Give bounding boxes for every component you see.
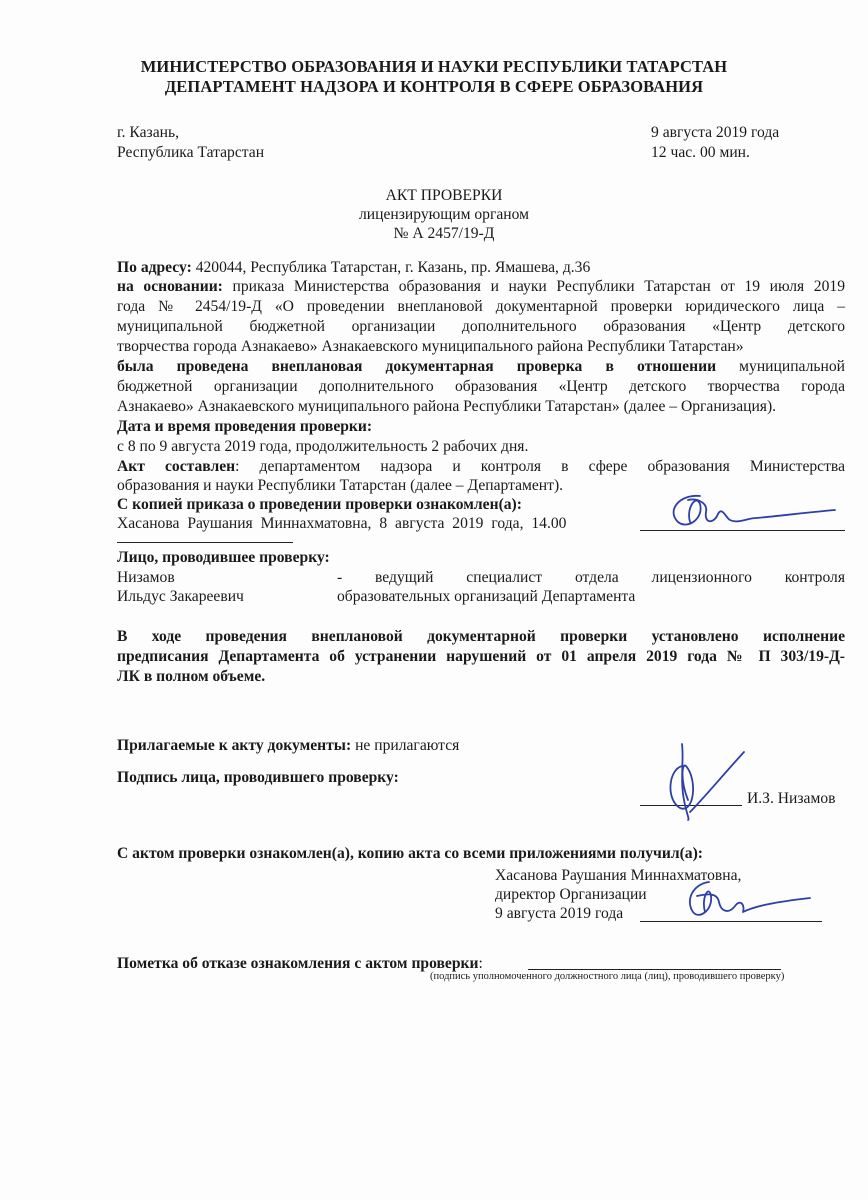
inspector-surname: Низамов [117, 569, 175, 587]
dates-label: Дата и время проведения проверки: [117, 418, 372, 436]
conducted-line-3: Азнакаево» Азнакаевского муниципального … [117, 398, 776, 416]
address-value: 420044, Республика Татарстан, г. Казань,… [192, 259, 590, 276]
composed-line-1: Акт составлен: департаментом надзора и к… [117, 458, 845, 476]
order-copy-label: С копией приказа о проведении проверки о… [117, 496, 522, 514]
recipient-date: 9 августа 2019 года [495, 905, 623, 923]
basis-line-3: муниципальной бюджетной организации допо… [117, 318, 845, 336]
department-header: ДЕПАРТАМЕНТ НАДЗОРА И КОНТРОЛЯ В СФЕРЕ О… [0, 77, 868, 97]
refusal-signature-line [528, 969, 781, 970]
basis-line-2: года № 2454/19-Д «О проведении внепланов… [117, 298, 845, 316]
refusal-caption: (подпись уполномоченного должностного ли… [430, 971, 784, 982]
signature-icon [675, 876, 815, 926]
basis-label: на основании: [117, 278, 223, 295]
attachments-value: не прилагаются [351, 737, 459, 754]
composed-line-2: образования и науки Республики Татарстан… [117, 477, 563, 495]
recipient-position: директор Организации [495, 886, 647, 904]
signature-label: Подпись лица, проводившего проверку: [117, 769, 399, 787]
conducted-label: была проведена внеплановая документарная… [117, 358, 716, 375]
separator-line [117, 542, 293, 543]
refusal-row: Пометка об отказе ознакомления с актом п… [117, 955, 483, 973]
inspector-given-names: Ильдус Закареевич [117, 588, 244, 606]
dates-value: с 8 по 9 августа 2019 года, продолжитель… [117, 438, 528, 456]
inspector-signature-name: И.З. Низамов [747, 790, 835, 808]
ministry-header: МИНИСТЕРСТВО ОБРАЗОВАНИЯ И НАУКИ РЕСПУБЛ… [0, 57, 868, 77]
address-label: По адресу: [117, 259, 192, 276]
inspector-label: Лицо, проводившее проверку: [117, 549, 330, 567]
signature-icon [660, 740, 750, 822]
finding-line-2: предписания Департамента об устранении н… [117, 648, 845, 666]
region: Республика Татарстан [117, 144, 264, 162]
signature-icon [660, 488, 840, 538]
basis-line-1: на основании: приказа Министерства образ… [117, 278, 845, 296]
attachments-label: Прилагаемые к акту документы: [117, 737, 351, 754]
basis-line-4: творчества города Азнакаево» Азнакаевско… [117, 338, 744, 356]
inspector-position-2: образовательных организаций Департамента [337, 588, 635, 606]
address-row: По адресу: 420044, Республика Татарстан,… [117, 259, 590, 277]
document-title: АКТ ПРОВЕРКИ [10, 187, 868, 205]
order-copy-value: Хасанова Раушания Миннахматовна, 8 авгус… [117, 515, 566, 533]
conducted-line-1: была проведена внеплановая документарная… [117, 358, 845, 376]
act-date: 9 августа 2019 года [651, 124, 779, 142]
inspector-position-1: - ведущий специалист отдела лицензионног… [337, 569, 845, 587]
composed-label: Акт составлен [117, 458, 235, 475]
attachments-row: Прилагаемые к акту документы: не прилага… [117, 737, 459, 755]
act-time: 12 час. 00 мин. [651, 144, 750, 162]
finding-line-3: ЛК в полном объеме. [117, 668, 265, 686]
acknowledged-label: С актом проверки ознакомлен(а), копию ак… [117, 845, 703, 863]
document-number: № А 2457/19-Д [10, 225, 868, 243]
refusal-label: Пометка об отказе ознакомления с актом п… [117, 955, 479, 972]
conducted-line-2: бюджетной организации дополнительного об… [117, 378, 845, 396]
city: г. Казань, [117, 124, 179, 142]
document-subtitle: лицензирующим органом [10, 206, 868, 224]
finding-line-1: В ходе проведения внеплановой документар… [117, 628, 845, 646]
